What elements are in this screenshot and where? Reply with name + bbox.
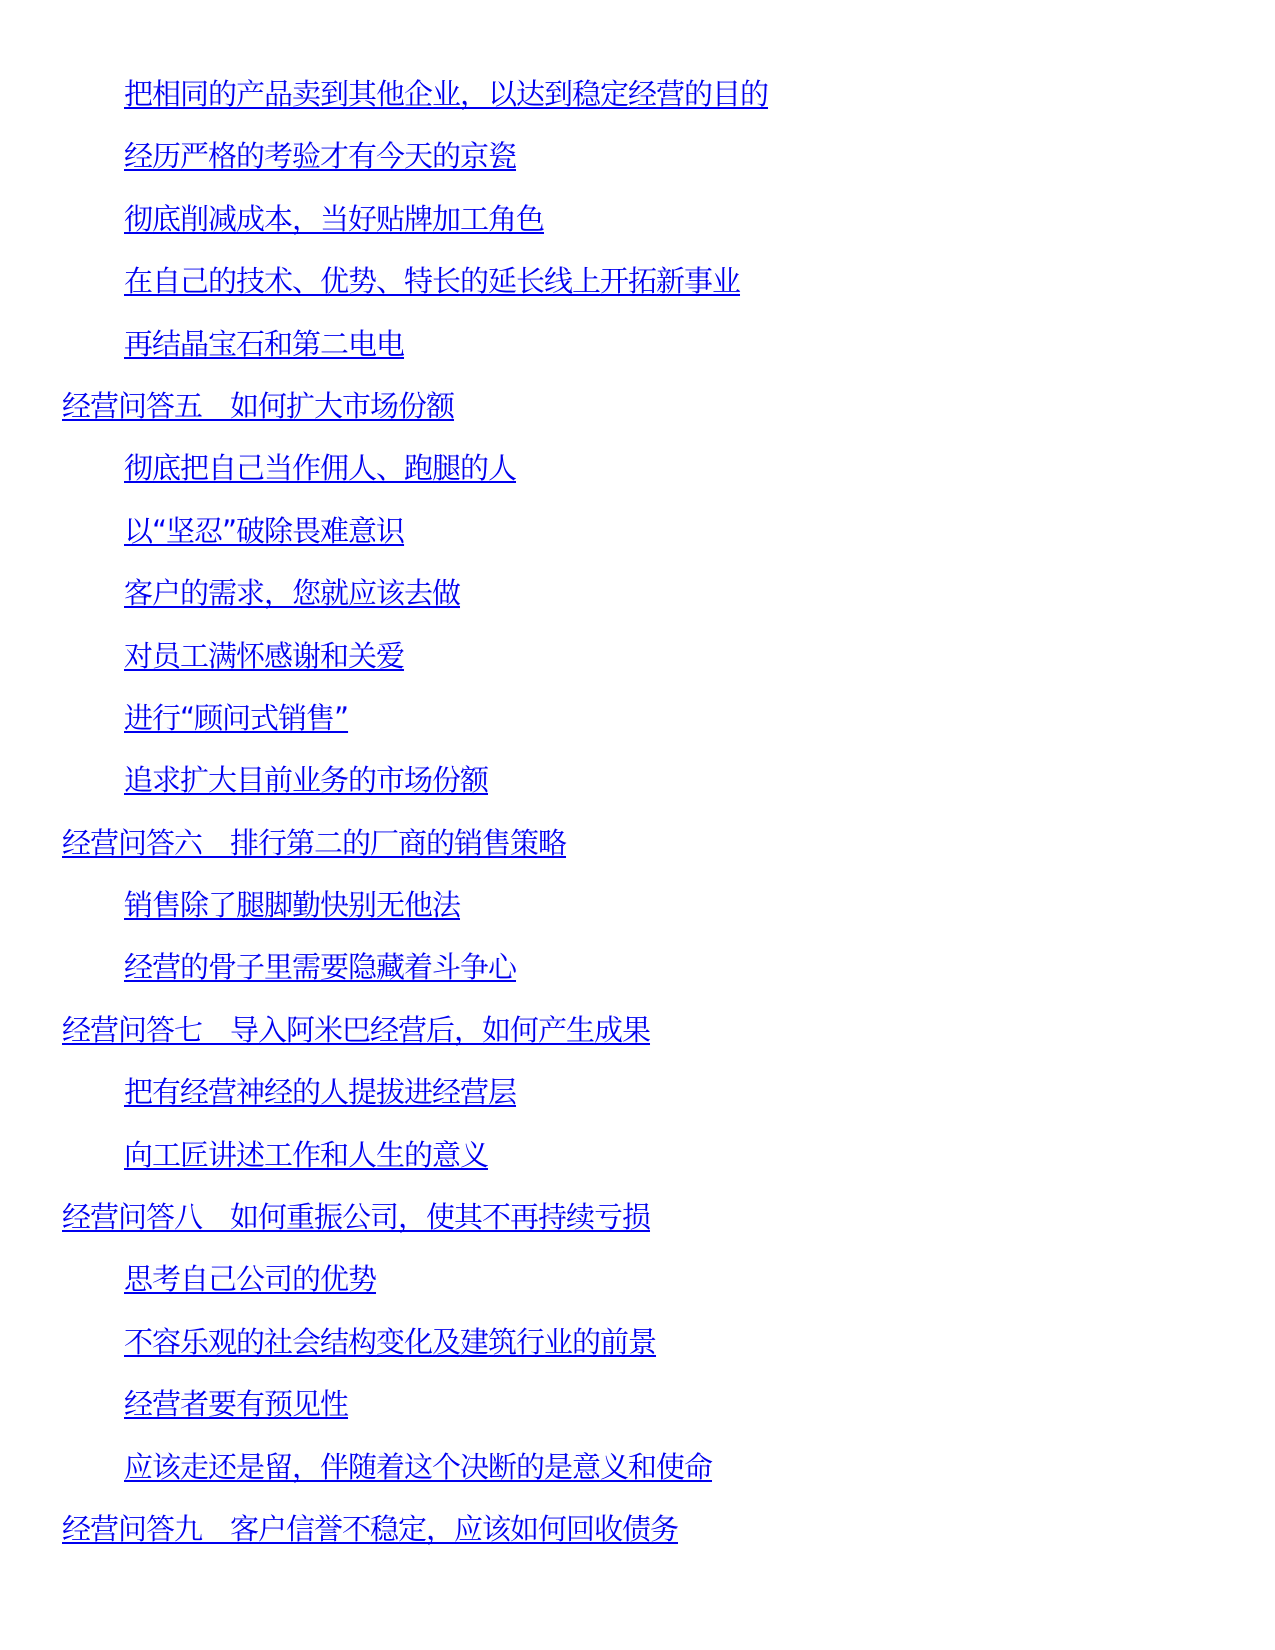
toc-entry: 向工匠讲述工作和人生的意义 [0,1135,1275,1197]
toc-link[interactable]: 思考自己公司的优势 [124,1262,376,1296]
toc-link[interactable]: 把相同的产品卖到其他企业，以达到稳定经营的目的 [124,77,768,111]
toc-entry: 以“坚忍”破除畏难意识 [0,511,1275,573]
toc-entry: 应该走还是留，伴随着这个决断的是意义和使命 [0,1447,1275,1509]
toc-link[interactable]: 应该走还是留，伴随着这个决断的是意义和使命 [124,1450,712,1484]
toc-link[interactable]: 经历严格的考验才有今天的京瓷 [124,139,516,173]
toc-chapter-link[interactable]: 经营问答七 导入阿米巴经营后，如何产生成果 [62,1013,650,1047]
toc-entry: 彻底削减成本，当好贴牌加工角色 [0,199,1275,261]
toc-entry: 把相同的产品卖到其他企业，以达到稳定经营的目的 [0,74,1275,136]
toc-entry: 思考自己公司的优势 [0,1259,1275,1321]
toc-chapter-heading: 经营问答八 如何重振公司，使其不再持续亏损 [0,1197,1275,1259]
toc-chapter-link[interactable]: 经营问答五 如何扩大市场份额 [62,389,454,423]
toc-entry: 不容乐观的社会结构变化及建筑行业的前景 [0,1322,1275,1384]
toc-entry: 把有经营神经的人提拔进经营层 [0,1072,1275,1134]
toc-entry: 再结晶宝石和第二电电 [0,324,1275,386]
toc-link[interactable]: 进行“顾问式销售” [124,701,348,735]
toc-link[interactable]: 经营者要有预见性 [124,1387,348,1421]
toc-chapter-heading: 经营问答九 客户信誉不稳定，应该如何回收债务 [0,1509,1275,1571]
toc-link[interactable]: 向工匠讲述工作和人生的意义 [124,1138,488,1172]
toc-link[interactable]: 不容乐观的社会结构变化及建筑行业的前景 [124,1325,656,1359]
toc-entry: 经历严格的考验才有今天的京瓷 [0,136,1275,198]
toc-link[interactable]: 再结晶宝石和第二电电 [124,327,404,361]
toc-link[interactable]: 彻底削减成本，当好贴牌加工角色 [124,202,544,236]
toc-chapter-heading: 经营问答五 如何扩大市场份额 [0,386,1275,448]
toc-link[interactable]: 追求扩大目前业务的市场份额 [124,763,488,797]
toc-entry: 进行“顾问式销售” [0,698,1275,760]
toc-chapter-heading: 经营问答七 导入阿米巴经营后，如何产生成果 [0,1010,1275,1072]
toc-link[interactable]: 彻底把自己当作佣人、跑腿的人 [124,451,516,485]
toc-link[interactable]: 把有经营神经的人提拔进经营层 [124,1075,516,1109]
table-of-contents: 把相同的产品卖到其他企业，以达到稳定经营的目的 经历严格的考验才有今天的京瓷 彻… [0,74,1275,1571]
toc-chapter-heading: 经营问答六 排行第二的厂商的销售策略 [0,823,1275,885]
toc-chapter-link[interactable]: 经营问答九 客户信誉不稳定，应该如何回收债务 [62,1512,678,1546]
toc-link[interactable]: 经营的骨子里需要隐藏着斗争心 [124,950,516,984]
toc-entry: 销售除了腿脚勤快别无他法 [0,885,1275,947]
toc-entry: 经营者要有预见性 [0,1384,1275,1446]
toc-entry: 追求扩大目前业务的市场份额 [0,760,1275,822]
toc-entry: 客户的需求，您就应该去做 [0,573,1275,635]
toc-entry: 彻底把自己当作佣人、跑腿的人 [0,448,1275,510]
toc-entry: 对员工满怀感谢和关爱 [0,636,1275,698]
toc-chapter-link[interactable]: 经营问答八 如何重振公司，使其不再持续亏损 [62,1200,650,1234]
toc-link[interactable]: 客户的需求，您就应该去做 [124,576,460,610]
toc-link[interactable]: 销售除了腿脚勤快别无他法 [124,888,460,922]
toc-entry: 经营的骨子里需要隐藏着斗争心 [0,947,1275,1009]
toc-link[interactable]: 以“坚忍”破除畏难意识 [124,514,404,548]
toc-entry: 在自己的技术、优势、特长的延长线上开拓新事业 [0,261,1275,323]
toc-link[interactable]: 在自己的技术、优势、特长的延长线上开拓新事业 [124,264,740,298]
toc-link[interactable]: 对员工满怀感谢和关爱 [124,639,404,673]
toc-chapter-link[interactable]: 经营问答六 排行第二的厂商的销售策略 [62,826,566,860]
